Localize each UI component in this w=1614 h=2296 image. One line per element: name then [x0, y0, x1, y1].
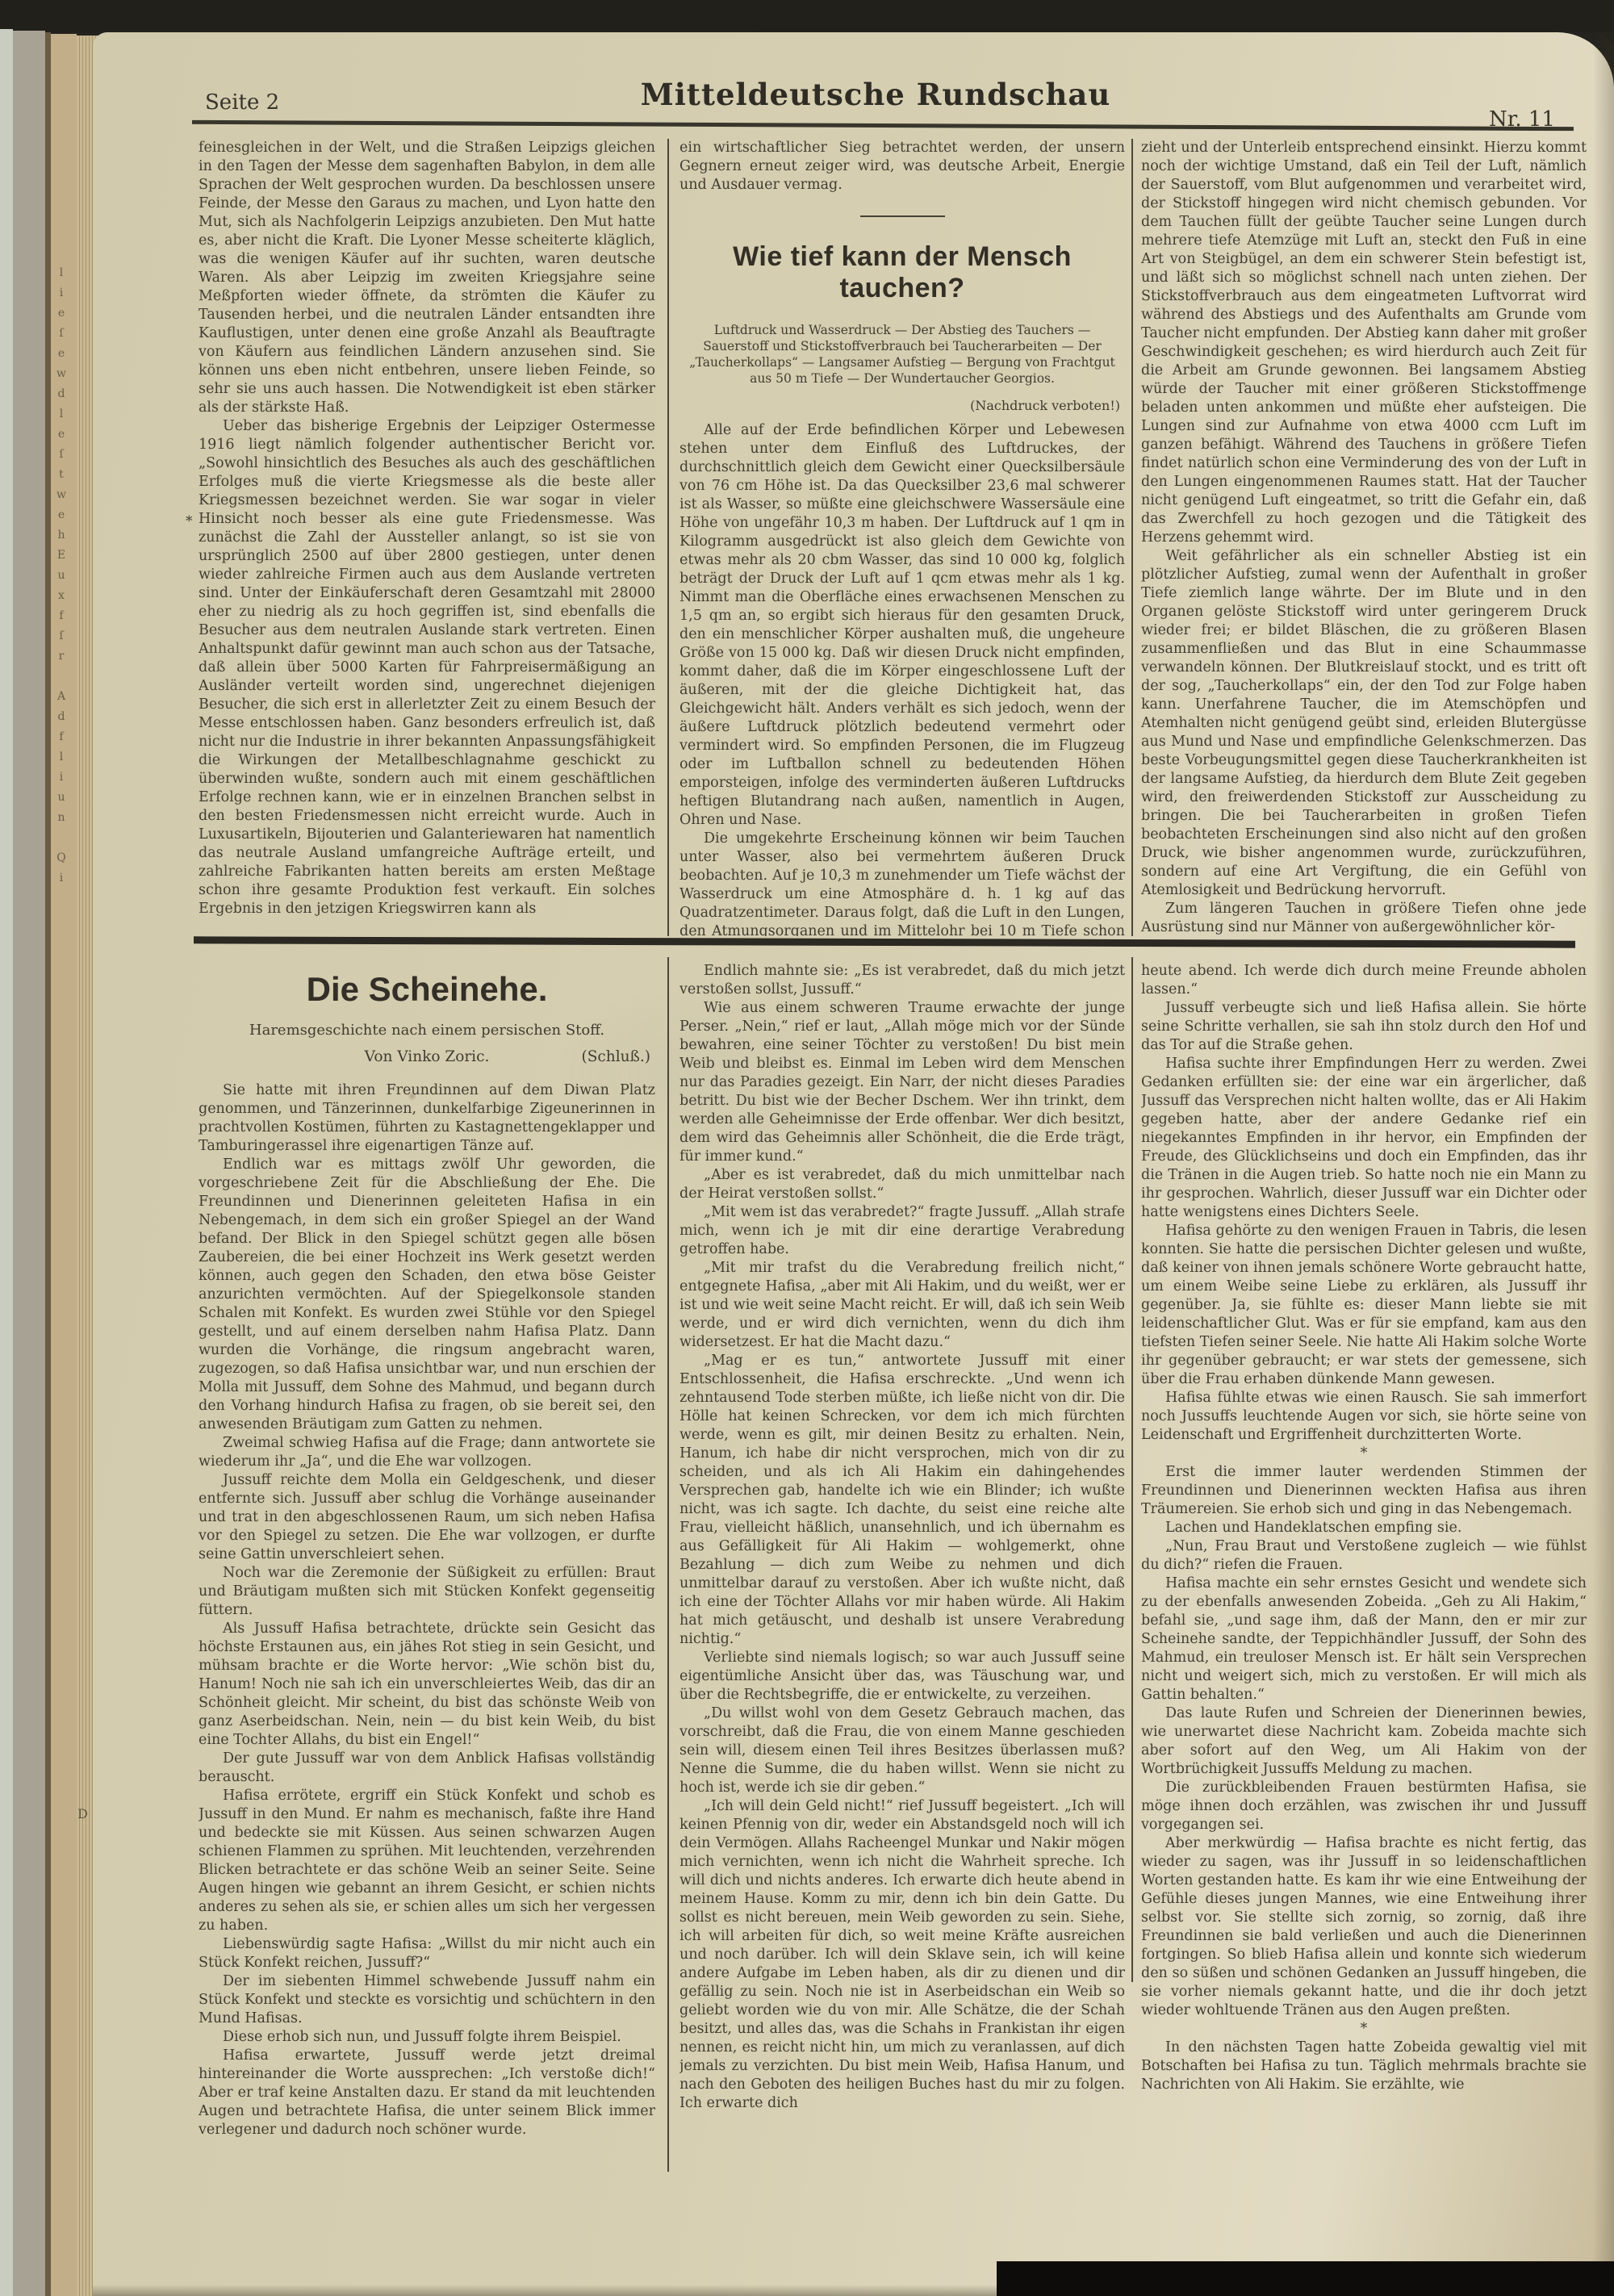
bottom-column-1: Die Scheinehe. Haremsgeschichte nach ein… — [199, 962, 655, 2253]
story-paragraph: Diese erhob sich nun, und Jussuff folgte… — [199, 2028, 655, 2047]
story-paragraph: Das laute Rufen und Schreien der Dieneri… — [1141, 1704, 1587, 1779]
body-paragraph: Ueber das bisherige Ergebnis der Leipzig… — [199, 417, 655, 918]
article-subtitle: Luftdruck und Wasserdruck — Der Abstieg … — [679, 322, 1125, 387]
article-headline: Wie tief kann der Mensch tauchen? — [679, 241, 1125, 304]
bottom-column-2: Endlich mahnte sie: „Es ist verabredet, … — [679, 962, 1125, 2253]
edge-letter-fragment-d: D — [77, 1806, 88, 1821]
page-number-label: Seite 2 — [205, 90, 279, 115]
column-rule — [667, 957, 669, 2172]
body-paragraph: zieht und der Unterleib entsprechend ein… — [1141, 139, 1587, 547]
story-paragraph: „Mit mir trafst du die Verabredung freil… — [679, 1259, 1125, 1352]
story-paragraph: „Ich will dein Geld nicht!“ rief Jussuff… — [679, 1797, 1125, 2113]
scan-background-top — [0, 0, 1614, 32]
story-paragraph: „Du willst wohl von dem Gesetz Gebrauch … — [679, 1704, 1125, 1797]
story-paragraph: Noch war die Zeremonie der Süßigkeit zu … — [199, 1564, 655, 1620]
story-paragraph: Hafisa gehörte zu den wenigen Frauen in … — [1141, 1222, 1587, 1389]
story-paragraph: Liebenswürdig sagte Hafisa: „Willst du m… — [199, 1935, 655, 1972]
body-paragraph: feinesgleichen in der Welt, und die Stra… — [199, 139, 655, 417]
story-paragraph: Jussuff reichte dem Molla ein Geldgesche… — [199, 1471, 655, 1564]
story-paragraph: Hafisa machte ein sehr ernstes Gesicht u… — [1141, 1575, 1587, 1704]
story-subtitle: Haremsgeschichte nach einem persischen S… — [199, 1022, 655, 1039]
body-paragraph: Alle auf der Erde befindlichen Körper un… — [679, 421, 1125, 830]
body-paragraph: ein wirtschaftlicher Sieg betrachtet wer… — [679, 139, 1125, 194]
top-column-2: ein wirtschaftlicher Sieg betrachtet wer… — [679, 139, 1125, 936]
story-paragraph: Aber merkwürdig — Hafisa brachte es nich… — [1141, 1834, 1587, 2020]
story-paragraph: Hafisa errötete, ergriff ein Stück Konfe… — [199, 1787, 655, 1935]
story-paragraph: Der gute Jussuff war von dem Anblick Haf… — [199, 1750, 655, 1787]
section-asterisk: * — [1141, 2020, 1587, 2039]
story-paragraph: heute abend. Ich werde dich durch meine … — [1141, 962, 1587, 999]
story-paragraph: Als Jussuff Hafisa betrachtete, drückte … — [199, 1620, 655, 1750]
story-paragraph: Endlich war es mittags zwölf Uhr geworde… — [199, 1156, 655, 1434]
story-part-label: (Schluß.) — [582, 1048, 650, 1065]
story-paragraph: „Nun, Frau Braut und Verstoßene zugleich… — [1141, 1537, 1587, 1575]
top-column-3: zieht und der Unterleib entsprechend ein… — [1141, 139, 1587, 936]
bottom-column-3: heute abend. Ich werde dich durch meine … — [1141, 962, 1587, 2253]
story-headline: Die Scheinehe. — [199, 970, 655, 1009]
column-rule — [1131, 139, 1133, 936]
scan-background-bottom — [997, 2261, 1614, 2296]
adjacent-page-edge — [0, 29, 13, 2296]
story-paragraph: Endlich mahnte sie: „Es ist verabredet, … — [679, 962, 1125, 999]
scanned-newspaper-page: lieſewdleſtwehEuxfſr Adfliun Qi D Seite … — [0, 0, 1614, 2296]
story-paragraph: „Mag er es tun,“ antwortete Jussuff mit … — [679, 1352, 1125, 1649]
column-rule — [667, 139, 669, 936]
page-right-shadow — [1593, 32, 1614, 2296]
body-paragraph: Weit gefährlicher als ein schneller Abst… — [1141, 547, 1587, 900]
story-paragraph: Wie aus einem schweren Traume erwachte d… — [679, 999, 1125, 1166]
story-paragraph: Die zurückbleibenden Frauen bestürmten H… — [1141, 1779, 1587, 1834]
story-paragraph: Erst die immer lauter werdenden Stimmen … — [1141, 1463, 1587, 1519]
margin-asterisk: * — [186, 513, 193, 529]
section-asterisk: * — [1141, 1445, 1587, 1463]
story-paragraph: Jussuff verbeugte sich und ließ Hafisa a… — [1141, 999, 1587, 1055]
spine-shadow-line — [45, 32, 51, 2296]
story-paragraph: Hafisa fühlte etwas wie einen Rausch. Si… — [1141, 1389, 1587, 1445]
article-separator-rule — [860, 215, 945, 217]
story-byline-row: Von Vinko Zoric. (Schluß.) — [199, 1048, 655, 1065]
body-paragraph: Die umgekehrte Erscheinung können wir be… — [679, 830, 1125, 936]
story-byline: Von Vinko Zoric. — [365, 1048, 490, 1065]
edge-letter-fragments: lieſewdleſtwehEuxfſr Adfliun Qi — [55, 266, 68, 1477]
story-paragraph: Verliebte sind niemals logisch; so war a… — [679, 1649, 1125, 1704]
story-paragraph: Der im siebenten Himmel schwebende Jussu… — [199, 1972, 655, 2028]
story-paragraph: Lachen und Handeklatschen empfing sie. — [1141, 1519, 1587, 1537]
story-paragraph: Zweimal schwieg Hafisa auf die Frage; da… — [199, 1434, 655, 1471]
masthead-title: Mitteldeutsche Rundschau — [553, 77, 1198, 112]
top-column-1: feinesgleichen in der Welt, und die Stra… — [199, 139, 655, 936]
column-rule — [1131, 957, 1133, 1982]
story-paragraph: „Mit wem ist das verabredet?“ fragte Jus… — [679, 1203, 1125, 1259]
story-paragraph: „Aber es ist verabredet, daß du mich unm… — [679, 1166, 1125, 1203]
reprint-notice: (Nachdruck verboten!) — [679, 398, 1120, 413]
book-cover-edge — [13, 31, 45, 2296]
story-paragraph: Hafisa suchte ihrer Empfindungen Herr zu… — [1141, 1055, 1587, 1222]
story-paragraph: Hafisa erwartete, Jussuff werde jetzt dr… — [199, 2047, 655, 2139]
body-paragraph: Zum längeren Tauchen in größere Tiefen o… — [1141, 900, 1587, 936]
story-paragraph: Sie hatte mit ihren Freundinnen auf dem … — [199, 1081, 655, 1156]
story-paragraph: In den nächsten Tagen hatte Zobeida gewa… — [1141, 2039, 1587, 2094]
